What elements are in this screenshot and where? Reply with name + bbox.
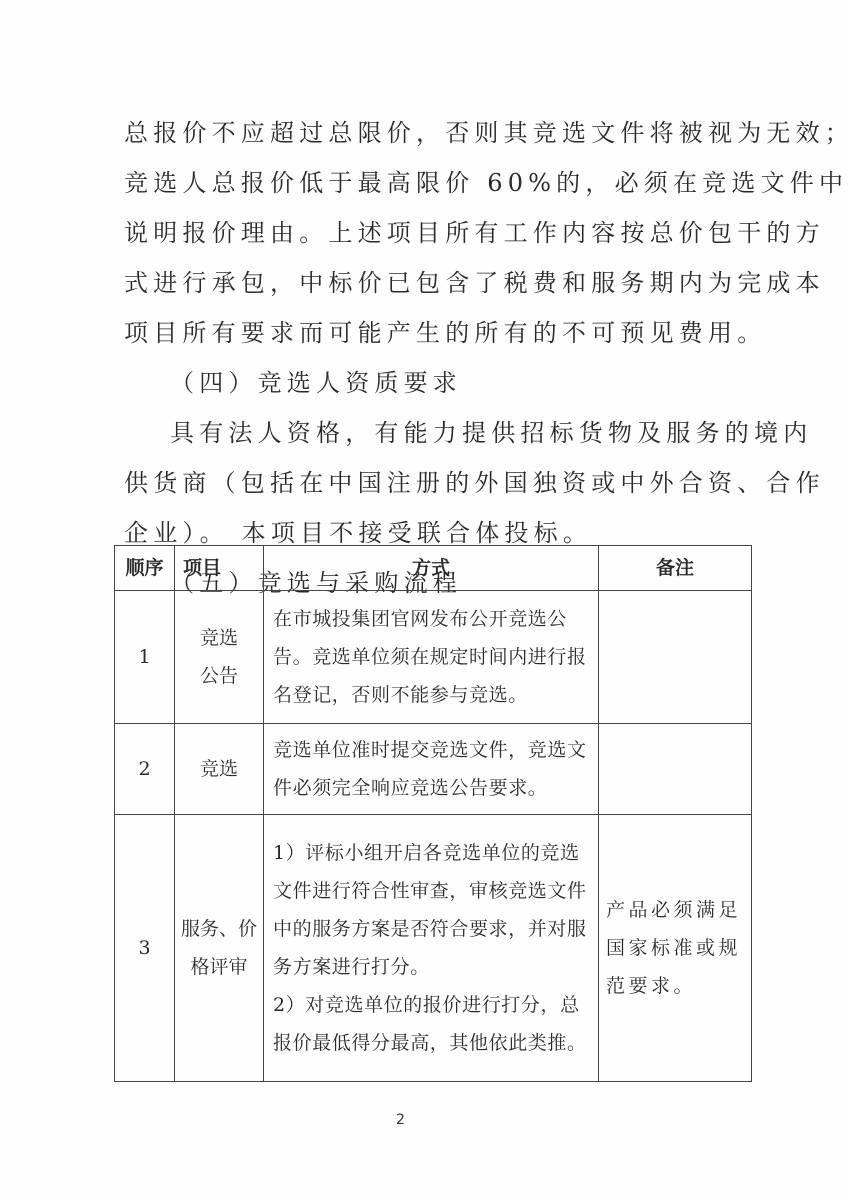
paragraph-line: 式进行承包，中标价已包含了税费和服务期内为完成本 — [124, 268, 764, 298]
cell-seq: 3 — [115, 815, 175, 1082]
document-page: 总报价不应超过总限价，否则其竞选文件将被视为无效； 竞选人总报价低于最高限价 6… — [0, 0, 849, 1200]
cell-method-line: 名登记，否则不能参与竞选。 — [273, 676, 590, 714]
cell-seq: 1 — [115, 591, 175, 724]
cell-method-line: 告。竞选单位须在规定时间内进行报 — [273, 638, 590, 676]
cell-item: 竞选 公告 — [175, 591, 264, 724]
cell-item-line: 竞选 — [175, 750, 263, 788]
cell-method-line: 在市城投集团官网发布公开竞选公 — [273, 600, 590, 638]
paragraph-line: 说明报价理由。上述项目所有工作内容按总价包干的方 — [124, 218, 764, 248]
cell-seq: 2 — [115, 724, 175, 815]
cell-method-line: 竞选单位准时提交竞选文件，竞选文 — [273, 731, 590, 769]
cell-item-line: 格评审 — [175, 948, 263, 986]
cell-method: 在市城投集团官网发布公开竞选公 告。竞选单位须在规定时间内进行报 名登记，否则不… — [264, 591, 599, 724]
cell-method-line: 报价最低得分最高，其他依此类推。 — [273, 1024, 590, 1062]
cell-method: 1）评标小组开启各竞选单位的竞选 文件进行符合性审查，审核竞选文件 中的服务方案… — [264, 815, 599, 1082]
header-seq: 顺序 — [115, 546, 175, 591]
paragraph-line: 总报价不应超过总限价，否则其竞选文件将被视为无效； — [124, 118, 764, 148]
cell-method: 竞选单位准时提交竞选文件，竞选文 件必须完全响应竞选公告要求。 — [264, 724, 599, 815]
paragraph-line: 供货商（包括在中国注册的外国独资或中外合资、合作 — [124, 468, 764, 498]
table-row: 1 竞选 公告 在市城投集团官网发布公开竞选公 告。竞选单位须在规定时间内进行报… — [115, 591, 752, 724]
table-row: 3 服务、价 格评审 1）评标小组开启各竞选单位的竞选 文件进行符合性审查，审核… — [115, 815, 752, 1082]
cell-note — [599, 724, 752, 815]
cell-note — [599, 591, 752, 724]
cell-item-line: 竞选 — [175, 619, 263, 657]
table-header-row: 顺序 项目 方式 备注 — [115, 546, 752, 591]
paragraph-line: 项目所有要求而可能产生的所有的不可预见费用。 — [124, 318, 764, 348]
process-table: 顺序 项目 方式 备注 1 竞选 公告 在市城投集团官网发布公开竞选公 告。竞选… — [114, 545, 752, 1082]
cell-note-line: 范要求。 — [606, 967, 745, 1005]
cell-item-line: 服务、价 — [175, 910, 263, 948]
cell-method-line: 1）评标小组开启各竞选单位的竞选 — [273, 834, 590, 872]
cell-note: 产品必须满足 国家标准或规 范要求。 — [599, 815, 752, 1082]
paragraph-line: 竞选人总报价低于最高限价 60%的，必须在竞选文件中 — [124, 168, 764, 198]
page-number: 2 — [396, 1112, 405, 1128]
header-item: 项目 — [175, 546, 264, 591]
table-row: 2 竞选 竞选单位准时提交竞选文件，竞选文 件必须完全响应竞选公告要求。 — [115, 724, 752, 815]
cell-item: 服务、价 格评审 — [175, 815, 264, 1082]
cell-note-line: 产品必须满足 — [606, 891, 745, 929]
header-method: 方式 — [264, 546, 599, 591]
paragraph-line: 企业）。 本项目不接受联合体投标。 — [124, 518, 764, 548]
paragraph-line: 具有法人资格，有能力提供招标货物及服务的境内 — [170, 418, 810, 448]
cell-method-line: 务方案进行打分。 — [273, 948, 590, 986]
cell-item: 竞选 — [175, 724, 264, 815]
cell-item-line: 公告 — [175, 657, 263, 695]
cell-method-line: 件必须完全响应竞选公告要求。 — [273, 769, 590, 807]
cell-note-line: 国家标准或规 — [606, 929, 745, 967]
section-heading-qualifications: （四）竞选人资质要求 — [170, 368, 810, 398]
header-note: 备注 — [599, 546, 752, 591]
cell-method-line: 中的服务方案是否符合要求，并对服 — [273, 910, 590, 948]
cell-method-line: 文件进行符合性审查，审核竞选文件 — [273, 872, 590, 910]
cell-method-line: 2）对竞选单位的报价进行打分，总 — [273, 986, 590, 1024]
